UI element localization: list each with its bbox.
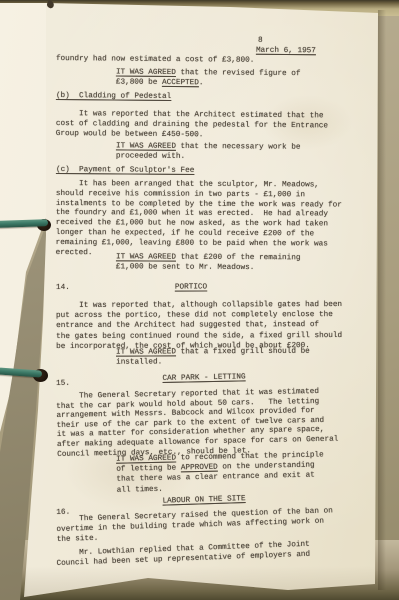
text-fragment: £3,800 be: [116, 79, 162, 87]
text-fragment: that £200 of the remaining: [176, 254, 301, 263]
section-heading-c: (c) Payment of Sculptor's Fee: [56, 165, 352, 177]
underlined-phrase: IT WAS AGREED: [116, 69, 176, 78]
underlined-phrase: IT WAS AGREED: [116, 348, 176, 356]
underlined-phrase: APPROVED: [181, 464, 218, 473]
scanned-minutes-page-photo: 8 March 6, 1957 foundry had now estimate…: [0, 0, 399, 600]
item-14-heading-row: 14. PORTICO: [56, 283, 352, 296]
paragraph-foundry: foundry had now estimated a cost of £3,8…: [56, 54, 352, 67]
item-title: PORTICO: [43, 283, 339, 292]
item-title: CAR PARK - LETTING: [56, 371, 352, 385]
text-line: £3,800 be ACCEPTED.: [116, 78, 352, 90]
resolution-block-4: IT WAS AGREED that a fixed grill should …: [56, 346, 352, 368]
text-line: installed.: [116, 357, 352, 368]
date-text: March 6, 1957: [256, 47, 316, 56]
underlined-phrase: ACCEPTED: [162, 79, 199, 87]
page-edge-shadow: [378, 10, 386, 590]
paragraph-sculptor-fee: It has been arranged that the sculptor, …: [56, 180, 352, 260]
text-line: entrance and the Architect had suggested…: [56, 320, 352, 331]
underlined-phrase: IT WAS AGREED: [116, 142, 176, 150]
resolution-block-5: IT WAS AGREED to recommend that the prin…: [56, 450, 353, 497]
text-line: proceeded with.: [116, 152, 352, 164]
text-line: £1,000 be sent to Mr. Meadows.: [116, 263, 352, 274]
paragraph-car-park: The General Secretary reported that it w…: [56, 387, 353, 460]
heading-text: (b) Cladding of Pedestal: [56, 92, 171, 101]
resolution-block-2: IT WAS AGREED that the necessary work be…: [56, 141, 352, 163]
underlined-phrase: IT WAS AGREED: [116, 454, 176, 463]
heading-text: (c) Payment of Sculptor's Fee: [56, 166, 194, 175]
text-fragment: .: [199, 79, 204, 87]
item-15-heading-row: 15. CAR PARK - LETTING: [56, 371, 352, 389]
text-fragment: that a fixed grill should be: [176, 348, 310, 357]
text-fragment: of letting be: [116, 465, 181, 474]
text-fragment: that the necessary work be: [176, 143, 301, 152]
paragraph-cladding: It was reported that the Architect estim…: [56, 109, 352, 142]
text-fragment: that the revised figure of: [176, 69, 301, 78]
resolution-block-3: IT WAS AGREED that £200 of the remaining…: [56, 252, 352, 274]
text-line: remaining £1,000, leaving £800 to be pai…: [56, 239, 352, 250]
typewritten-text-layer: 8 March 6, 1957 foundry had now estimate…: [56, 0, 352, 600]
resolution-block-1: IT WAS AGREED that the revised figure of…: [56, 67, 352, 90]
text-line: Group would be between £450-500.: [56, 129, 352, 142]
section-heading-b: (b) Cladding of Pedestal: [56, 91, 352, 104]
text-line: foundry had now estimated a cost of £3,8…: [56, 54, 352, 67]
paragraph-portico: It was reported that, although collapsib…: [56, 300, 352, 352]
underlined-phrase: IT WAS AGREED: [116, 253, 176, 261]
